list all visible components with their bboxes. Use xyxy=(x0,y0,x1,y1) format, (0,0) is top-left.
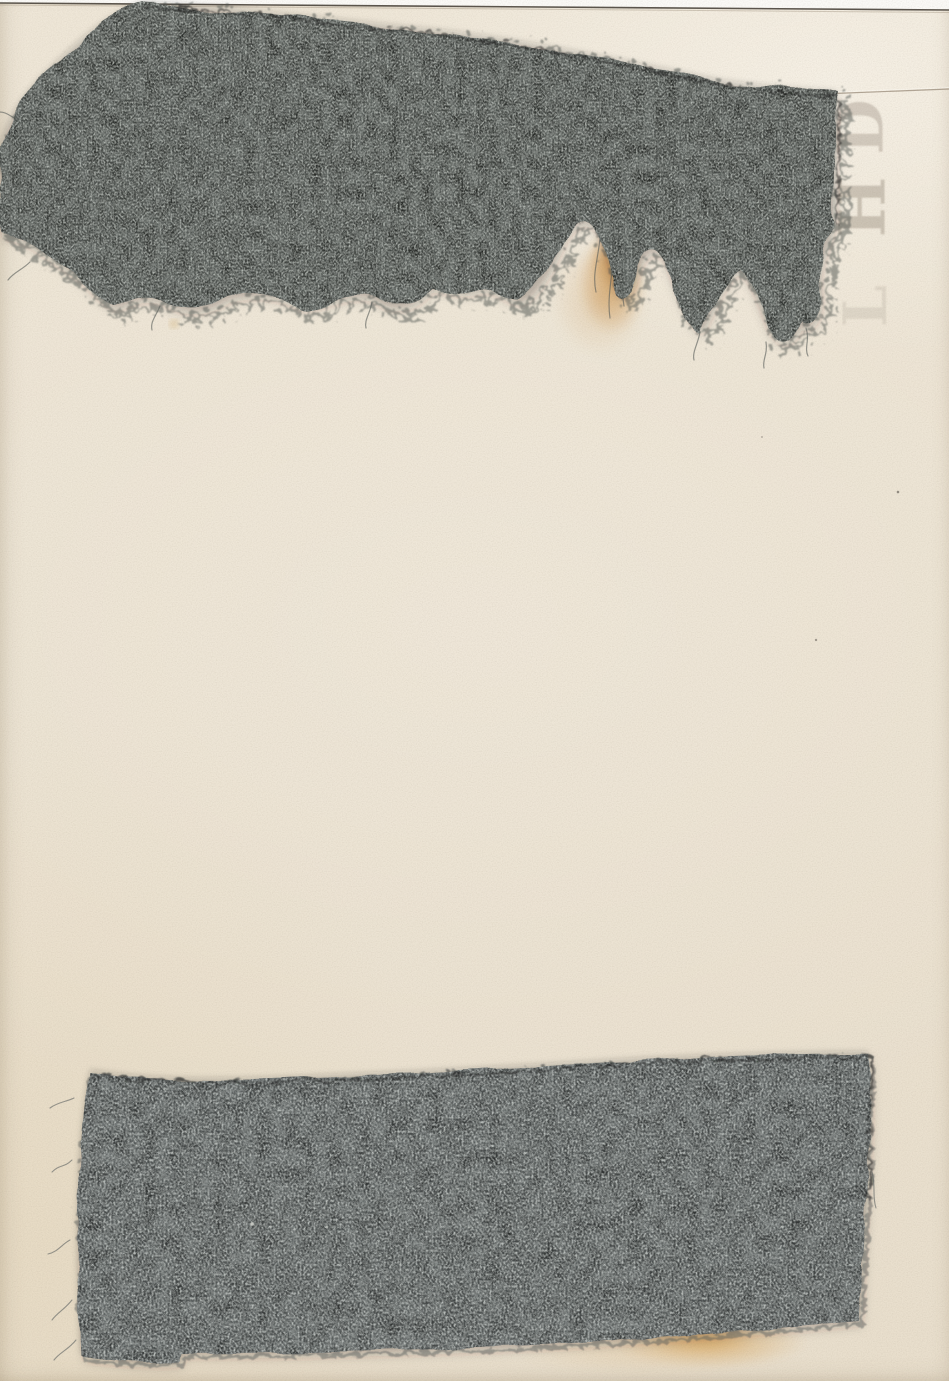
paper-grain-overlay xyxy=(0,0,949,1381)
scan-artwork: D H L xyxy=(0,0,949,1381)
scanned-specimen-card: D H L xyxy=(0,0,949,1381)
